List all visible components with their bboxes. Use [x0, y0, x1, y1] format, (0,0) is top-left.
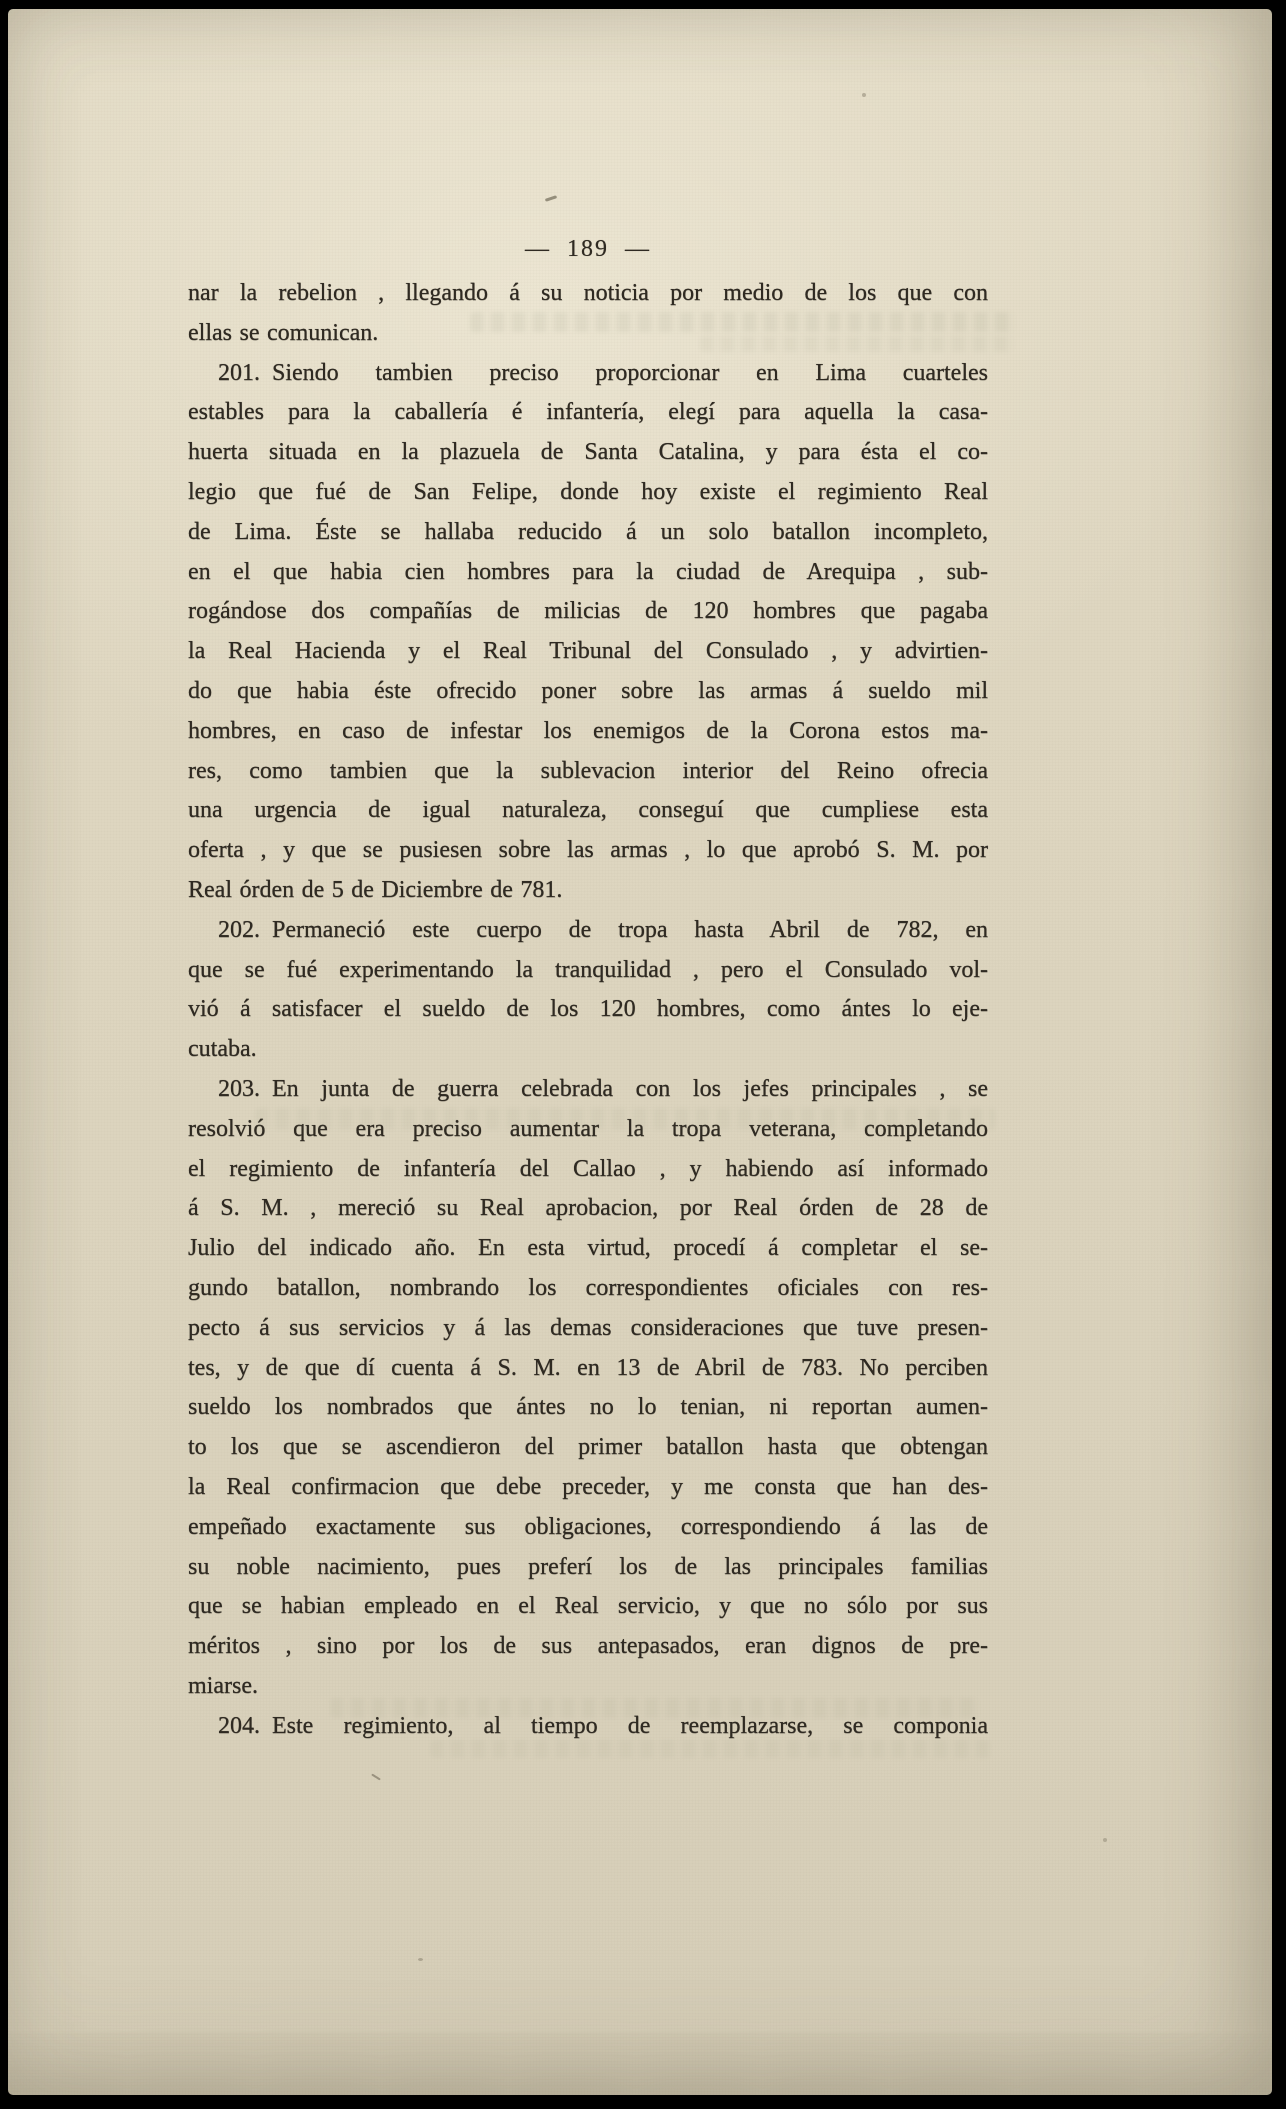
text-line: nar la rebelion , llegando á su noticia … — [188, 274, 988, 314]
text-line: estables para la caballería é infantería… — [188, 393, 988, 433]
text-line: una urgencia de igual naturaleza, conseg… — [188, 791, 988, 831]
showthrough-smudge — [330, 1698, 980, 1718]
text-line: oferta , y que se pusiesen sobre las arm… — [188, 831, 988, 871]
text-line: cutaba. — [188, 1030, 988, 1070]
text-line: vió á satisfacer el sueldo de los 120 ho… — [188, 990, 988, 1030]
text-line: de Lima. Éste se hallaba reducido á un s… — [188, 513, 988, 553]
text-line: en el que habia cien hombres para la ciu… — [188, 553, 988, 593]
dust-speck — [862, 93, 866, 97]
text-line: méritos , sino por los de sus antepasado… — [188, 1627, 988, 1667]
text-line: res, como tambien que la sublevacion int… — [188, 752, 988, 792]
page-number: — 189 — — [188, 236, 988, 262]
text-line: Julio del indicado año. En esta virtud, … — [188, 1229, 988, 1269]
text-line: 202. Permaneció este cuerpo de tropa has… — [188, 911, 988, 951]
text-line: to los que se ascendieron del primer bat… — [188, 1428, 988, 1468]
text-line: la Real Hacienda y el Real Tribunal del … — [188, 632, 988, 672]
text-line: pecto á sus servicios y á las demas cons… — [188, 1309, 988, 1349]
text-line: que se habian empleado en el Real servic… — [188, 1587, 988, 1627]
text-line: rogándose dos compañías de milicias de 1… — [188, 592, 988, 632]
dust-speck — [371, 1774, 381, 1781]
scanned-book-page: — 189 — nar la rebelion , llegando á su … — [0, 0, 1286, 2109]
text-line: que se fué experimentando la tranquilida… — [188, 951, 988, 991]
text-line: hombres, en caso de infestar los enemigo… — [188, 712, 988, 752]
text-line: á S. M. , mereció su Real aprobacion, po… — [188, 1189, 988, 1229]
text-line: huerta situada en la plazuela de Santa C… — [188, 433, 988, 473]
showthrough-smudge — [470, 312, 1015, 332]
showthrough-smudge — [700, 336, 1015, 352]
text-line: Real órden de 5 de Diciembre de 781. — [188, 871, 988, 911]
text-line: 203. En junta de guerra celebrada con lo… — [188, 1070, 988, 1110]
text-line: 201. Siendo tambien preciso proporcionar… — [188, 354, 988, 394]
dust-speck — [1103, 1838, 1107, 1842]
text-line: tes, y de que dí cuenta á S. M. en 13 de… — [188, 1349, 988, 1389]
text-line: el regimiento de infantería del Callao ,… — [188, 1150, 988, 1190]
text-line: do que habia éste ofrecido poner sobre l… — [188, 672, 988, 712]
dust-speck — [418, 1958, 423, 1961]
book-page-paper: — 189 — nar la rebelion , llegando á su … — [8, 9, 1272, 2095]
text-line: sueldo los nombrados que ántes no lo ten… — [188, 1388, 988, 1428]
body-text: nar la rebelion , llegando á su noticia … — [188, 274, 988, 1746]
text-line: su noble nacimiento, pues preferí los de… — [188, 1548, 988, 1588]
text-line: legio que fué de San Felipe, donde hoy e… — [188, 473, 988, 513]
text-line: gundo batallon, nombrando los correspond… — [188, 1269, 988, 1309]
text-line: la Real confirmacion que debe preceder, … — [188, 1468, 988, 1508]
text-line: empeñado exactamente sus obligaciones, c… — [188, 1508, 988, 1548]
dust-speck — [545, 195, 557, 202]
showthrough-smudge — [255, 1108, 995, 1130]
showthrough-smudge — [430, 1740, 990, 1758]
dust-speck — [980, 1447, 983, 1450]
